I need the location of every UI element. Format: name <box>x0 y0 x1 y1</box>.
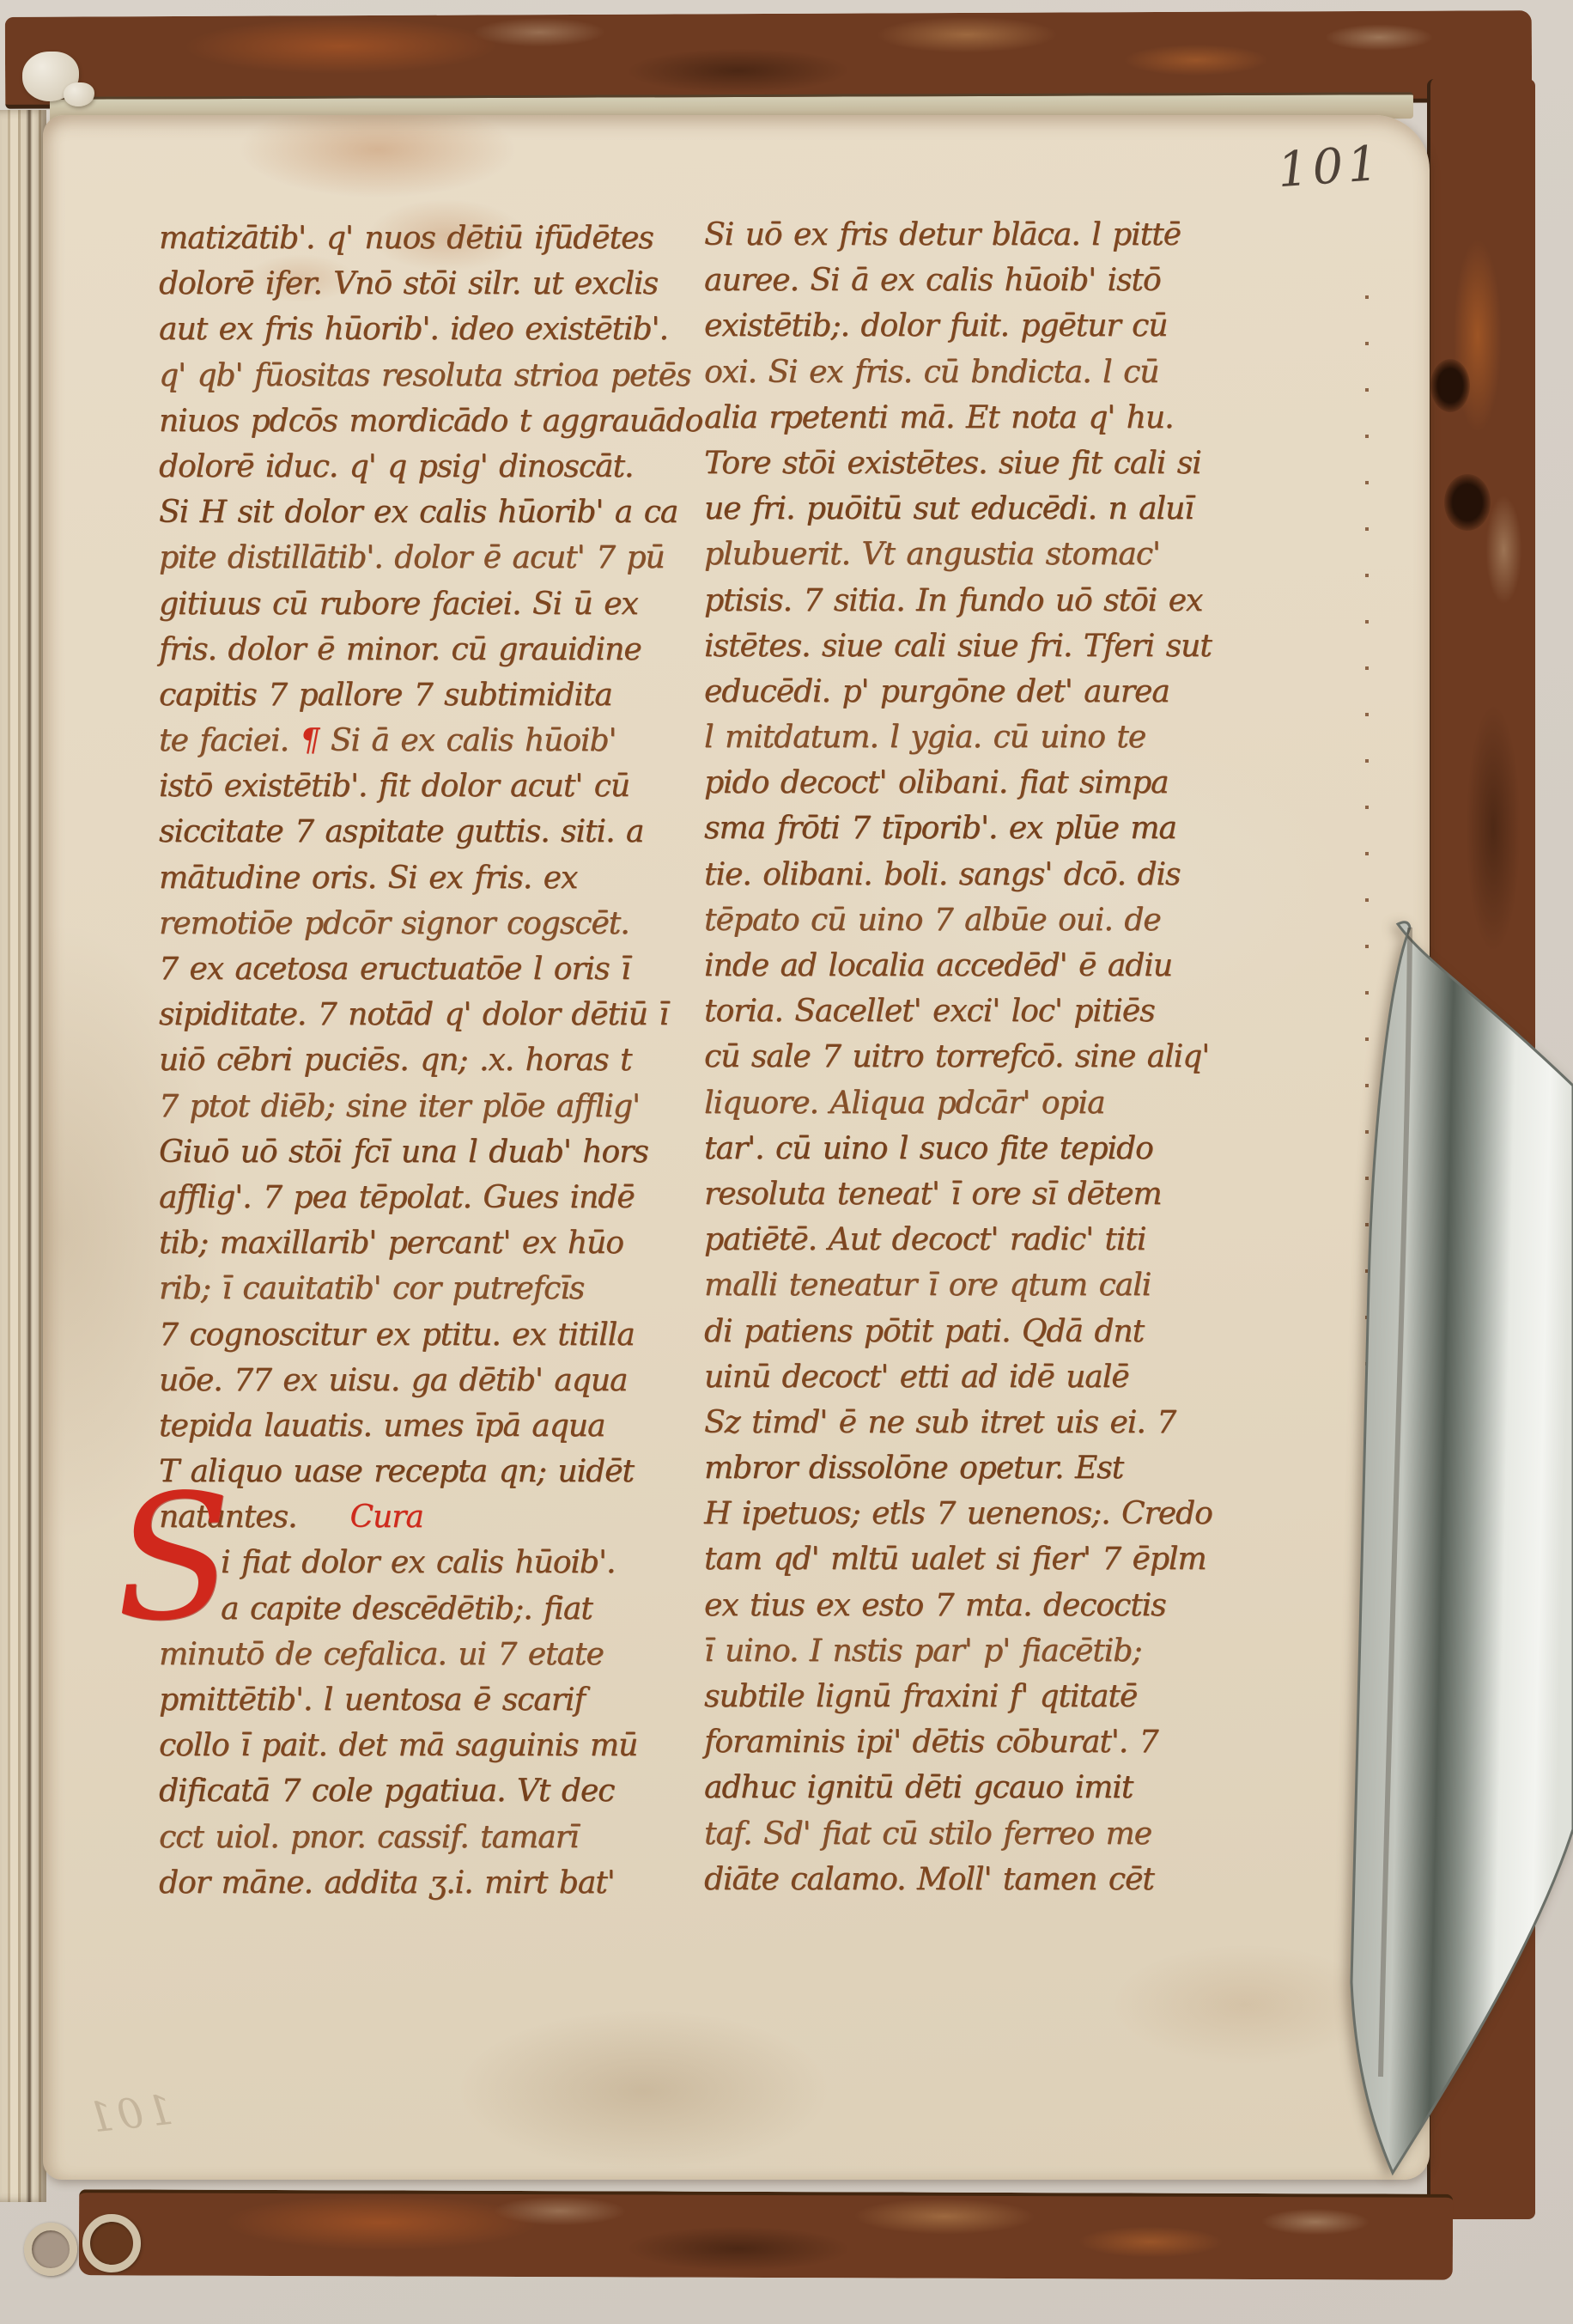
manuscript-line: i fiat dolor ex calis hūoib'. <box>159 1540 713 1585</box>
manuscript-line: tam qd' mltū ualet si fier' 7 ēplm <box>704 1536 1258 1582</box>
manuscript-line: Sz timd' ē ne sub itret uis ei. 7 <box>704 1400 1258 1445</box>
manuscript-line: dolorē iduc. q' q psig' dinoscāt. <box>159 444 713 490</box>
ink-text: ptisis. 7 sitia. In fundo uō stōi ex <box>704 583 1202 618</box>
photo-of-manuscript: { "document": { "description": "Photogra… <box>0 0 1573 2324</box>
ink-text: Si ā ex calis hūoib' <box>331 723 616 758</box>
manuscript-line: 7 cognoscitur ex ptitu. ex titilla <box>159 1312 713 1358</box>
manuscript-line: taf. Sd' fiat cū stilo ferreo me <box>704 1811 1258 1857</box>
manuscript-line: minutō de cefalica. ui 7 etate <box>159 1632 713 1677</box>
ink-text: cct uiol. pnor. cassif. tamarī <box>159 1820 578 1855</box>
ink-text: aut ex fris hūorib'. ideo existētib'. <box>159 312 668 347</box>
ink-text: pite distillātib'. dolor ē acut' 7 pū <box>159 540 665 575</box>
ink-text: malli teneatur ī ore qtum cali <box>704 1268 1151 1303</box>
manuscript-line: fris. dolor ē minor. cū grauidine <box>159 627 713 672</box>
manuscript-line: liquore. Aliqua pdcār' opia <box>704 1080 1258 1126</box>
ink-text: te faciei. <box>159 723 300 758</box>
ink-text: uiō cēbri puciēs. qn; .x. horas t <box>159 1043 631 1078</box>
ink-text: gitiuus cū rubore faciei. Si ū ex <box>159 587 638 622</box>
binding-nail-hole <box>1444 474 1491 531</box>
ink-text: taf. Sd' fiat cū stilo ferreo me <box>704 1816 1151 1852</box>
manuscript-line: H ipetuos; etls 7 uenenos;. Credo <box>704 1491 1258 1536</box>
leather-binding-bottom <box>79 2189 1453 2280</box>
manuscript-line: uōe. 77 ex uisu. ga dētib' aqua <box>159 1358 713 1403</box>
ink-text: uōe. 77 ex uisu. ga dētib' aqua <box>159 1363 627 1398</box>
manuscript-line: 7 ptot diēb; sine iter plōe afflig' <box>159 1084 713 1129</box>
ink-text: niuos pdcōs mordicādo t aggrauādo <box>159 404 702 439</box>
manuscript-line: sipiditate. 7 notād q' dolor dētiū ī <box>159 992 713 1037</box>
manuscript-line: matizātib'. q' nuos dētiū ifūdētes <box>159 216 713 261</box>
ink-text: dolorē iduc. q' q psig' dinoscāt. <box>159 449 633 484</box>
manuscript-line: patiētē. Aut decoct' radic' titi <box>704 1217 1258 1262</box>
manuscript-line: ptisis. 7 sitia. In fundo uō stōi ex <box>704 578 1258 624</box>
manuscript-line: auree. Si ā ex calis hūoib' istō <box>704 258 1258 303</box>
ghost-page-number: 101 <box>82 2086 175 2144</box>
manuscript-line: uiō cēbri puciēs. qn; .x. horas t <box>159 1037 713 1083</box>
ink-text: di patiens pōtit pati. Qdā dnt <box>704 1314 1144 1349</box>
ink-text: collo ī pait. det mā saguinis mū <box>159 1728 637 1763</box>
rubric-text: Cura <box>349 1500 422 1535</box>
ink-text: mātudine oris. Si ex fris. ex <box>159 861 577 896</box>
manuscript-line: a capite descēdētib;. fiat <box>159 1586 713 1632</box>
manuscript-line: inde ad localia accedēd' ē adiu <box>704 943 1258 989</box>
ink-text: ue fri. puōitū sut educēdi. n aluī <box>704 491 1193 526</box>
ink-text: rib; ī cauitatib' cor putrefcīs <box>159 1271 584 1306</box>
manuscript-line: rib; ī cauitatib' cor putrefcīs <box>159 1266 713 1311</box>
ink-text: q' qb' fūositas resoluta strioa petēs <box>159 358 690 393</box>
manuscript-line: mbror dissolōne opetur. Est <box>704 1445 1258 1491</box>
ink-text: afflig'. 7 pea tēpolat. Gues indē <box>159 1180 635 1215</box>
manuscript-line: T aliquo uase recepta qn; uidēt <box>159 1449 713 1494</box>
manuscript-line: dificatā 7 cole pgatiua. Vt dec <box>159 1768 713 1814</box>
ink-text: sipiditate. 7 notād q' dolor dētiū ī <box>159 997 668 1032</box>
manuscript-line: afflig'. 7 pea tēpolat. Gues indē <box>159 1175 713 1220</box>
book-leaf-edges <box>0 110 46 2202</box>
page-number: 101 <box>1276 136 1384 198</box>
ink-text: oxi. Si ex fris. cū bndicta. l cū <box>704 355 1158 390</box>
manuscript-line: siccitate 7 aspitate guttis. siti. a <box>159 809 713 855</box>
manuscript-line: uinū decoct' etti ad idē ualē <box>704 1354 1258 1400</box>
ink-text: uinū decoct' etti ad idē ualē <box>704 1360 1129 1395</box>
ink-text: 7 cognoscitur ex ptitu. ex titilla <box>159 1317 635 1353</box>
ink-text: Si uō ex fris detur blāca. l pittē <box>704 217 1181 252</box>
ink-text: pmittētib'. l uentosa ē scarif <box>159 1682 585 1718</box>
manuscript-line: adhuc ignitū dēti gcauo imit <box>704 1765 1258 1810</box>
manuscript-line: diāte calamo. Moll' tamen cēt <box>704 1857 1258 1902</box>
ink-text: istētes. siue cali siue fri. Tferi sut <box>704 629 1212 664</box>
ink-text: plubuerit. Vt angustia stomac' <box>704 537 1160 572</box>
ink-text: i fiat dolor ex calis hūoib'. <box>221 1545 615 1580</box>
ink-text: cū sale 7 uitro torrefcō. sine aliq' <box>704 1039 1209 1074</box>
manuscript-line: tie. olibani. boli. sangs' dcō. dis <box>704 852 1258 897</box>
ink-text: 7 ex acetosa eructuatōe l oris ī <box>159 952 630 987</box>
manuscript-line: pido decoct' olibani. fiat simpa <box>704 760 1258 806</box>
ink-text: Sz timd' ē ne sub itret uis ei. 7 <box>704 1405 1175 1440</box>
ink-text: l mitdatum. l ygia. cū uino te <box>704 720 1145 755</box>
manuscript-line: tēpato cū uino 7 albūe oui. de <box>704 897 1258 943</box>
binding-coil-ring <box>24 2223 77 2276</box>
ink-text: tie. olibani. boli. sangs' dcō. dis <box>704 857 1180 892</box>
ink-text: H ipetuos; etls 7 uenenos;. Credo <box>704 1496 1212 1531</box>
manuscript-line: Tore stōi existētes. siue fit cali si <box>704 441 1258 486</box>
manuscript-line: mātudine oris. Si ex fris. ex <box>159 855 713 901</box>
ink-text: subtile lignū fraxini f' qtitatē <box>704 1679 1137 1714</box>
binding-coil-ring <box>82 2214 141 2272</box>
ink-text: dificatā 7 cole pgatiua. Vt dec <box>159 1773 614 1809</box>
ink-text: 7 ptot diēb; sine iter plōe afflig' <box>159 1089 640 1124</box>
ink-text: tib; maxillarib' percant' ex hūo <box>159 1226 623 1261</box>
manuscript-line: dolorē ifer. Vnō stōi silr. ut exclis <box>159 261 713 307</box>
manuscript-line: istētes. siue cali siue fri. Tferi sut <box>704 624 1258 669</box>
leaf-edge-crevice <box>26 110 33 2202</box>
manuscript-line: l mitdatum. l ygia. cū uino te <box>704 715 1258 760</box>
manuscript-line: tar'. cū uino l suco fite tepido <box>704 1126 1258 1171</box>
manuscript-line: educēdi. p' purgōne det' aurea <box>704 669 1258 715</box>
ink-text: istō existētib'. fit dolor acut' cū <box>159 769 629 804</box>
manuscript-line: ue fri. puōitū sut educēdi. n aluī <box>704 486 1258 532</box>
ink-text: pido decoct' olibani. fiat simpa <box>704 765 1169 800</box>
ink-text: inde ad localia accedēd' ē adiu <box>704 948 1172 983</box>
manuscript-line: foraminis ipi' dētis cōburat'. 7 <box>704 1719 1258 1765</box>
ink-text: Si H sit dolor ex calis hūorib' a ca <box>159 495 677 530</box>
binding-nail-hole <box>1430 359 1470 412</box>
ink-text: foraminis ipi' dētis cōburat'. 7 <box>704 1725 1158 1760</box>
ink-text: remotiōe pdcōr signor cogscēt. <box>159 906 629 941</box>
ink-text: toria. Sacellet' exci' loc' pitiēs <box>704 994 1155 1029</box>
ink-text: patiētē. Aut decoct' radic' titi <box>704 1222 1145 1257</box>
ink-text: resoluta teneat' ī ore sī dētem <box>704 1177 1162 1212</box>
manuscript-line: gitiuus cū rubore faciei. Si ū ex <box>159 581 713 627</box>
ink-text: Tore stōi existētes. siue fit cali si <box>704 446 1201 481</box>
manuscript-line: toria. Sacellet' exci' loc' pitiēs <box>704 989 1258 1034</box>
ink-text: fris. dolor ē minor. cū grauidine <box>159 632 641 667</box>
manuscript-line: ex tius ex esto 7 mta. decoctis <box>704 1583 1258 1628</box>
manuscript-line: dor māne. addita ʒ.i. mirt bat' <box>159 1860 713 1906</box>
ink-text: ex tius ex esto 7 mta. decoctis <box>704 1588 1166 1623</box>
ink-text: liquore. Aliqua pdcār' opia <box>704 1086 1104 1121</box>
manuscript-line: existētib;. dolor fuit. pgētur cū <box>704 303 1258 349</box>
manuscript-line: istō existētib'. fit dolor acut' cū <box>159 764 713 809</box>
parchment-page: 101 101 matizātib'. q' nuos dētiū ifūdēt… <box>43 115 1430 2180</box>
metal-clasp <box>1279 917 1573 2207</box>
manuscript-line: pmittētib'. l uentosa ē scarif <box>159 1677 713 1723</box>
illuminated-initial: S <box>112 1484 235 1634</box>
ink-text: diāte calamo. Moll' tamen cēt <box>704 1862 1154 1897</box>
manuscript-line: cū sale 7 uitro torrefcō. sine aliq' <box>704 1034 1258 1080</box>
text-column-right: Si uō ex fris detur blāca. l pittēauree.… <box>704 212 1258 1902</box>
manuscript-line: natantes.Cura <box>159 1494 713 1540</box>
manuscript-line: tib; maxillarib' percant' ex hūo <box>159 1220 713 1266</box>
ink-text: matizātib'. q' nuos dētiū ifūdētes <box>159 221 653 256</box>
manuscript-line: ī uino. I nstis par' p' fiacētib; <box>704 1628 1258 1674</box>
ink-text: dor māne. addita ʒ.i. mirt bat' <box>159 1865 615 1901</box>
ink-text: ī uino. I nstis par' p' fiacētib; <box>704 1633 1141 1669</box>
manuscript-line: alia rpetenti mā. Et nota q' hu. <box>704 395 1258 441</box>
manuscript-line: malli teneatur ī ore qtum cali <box>704 1262 1258 1308</box>
manuscript-line: sma frōti 7 tīporib'. ex plūe ma <box>704 806 1258 851</box>
manuscript-line: 7 ex acetosa eructuatōe l oris ī <box>159 946 713 992</box>
ink-text: alia rpetenti mā. Et nota q' hu. <box>704 400 1173 435</box>
manuscript-line: cct uiol. pnor. cassif. tamarī <box>159 1815 713 1860</box>
manuscript-line: oxi. Si ex fris. cū bndicta. l cū <box>704 350 1258 395</box>
manuscript-line: niuos pdcōs mordicādo t aggrauādo <box>159 398 713 444</box>
manuscript-line: pite distillātib'. dolor ē acut' 7 pū <box>159 535 713 581</box>
ink-text: adhuc ignitū dēti gcauo imit <box>704 1770 1133 1805</box>
manuscript-line: plubuerit. Vt angustia stomac' <box>704 532 1258 577</box>
ink-text: dolorē ifer. Vnō stōi silr. ut exclis <box>159 266 658 301</box>
ink-text: tar'. cū uino l suco fite tepido <box>704 1131 1153 1166</box>
ink-text: tam qd' mltū ualet si fier' 7 ēplm <box>704 1542 1206 1577</box>
manuscript-line: tepida lauatis. umes īpā aqua <box>159 1403 713 1449</box>
ink-text: capitis 7 pallore 7 subtimidita <box>159 678 612 713</box>
ink-text: tēpato cū uino 7 albūe oui. de <box>704 903 1161 938</box>
ink-text: Giuō uō stōi fcī una l duab' hors <box>159 1135 648 1170</box>
manuscript-line: resoluta teneat' ī ore sī dētem <box>704 1171 1258 1217</box>
ink-text: siccitate 7 aspitate guttis. siti. a <box>159 814 643 849</box>
manuscript-line: Si H sit dolor ex calis hūorib' a ca <box>159 490 713 535</box>
manuscript-line: capitis 7 pallore 7 subtimidita <box>159 672 713 718</box>
ink-text: a capite descēdētib;. fiat <box>221 1591 592 1627</box>
manuscript-line: remotiōe pdcōr signor cogscēt. <box>159 901 713 946</box>
ink-text: sma frōti 7 tīporib'. ex plūe ma <box>704 811 1176 846</box>
ink-text: existētib;. dolor fuit. pgētur cū <box>704 308 1167 344</box>
manuscript-line: collo ī pait. det mā saguinis mū <box>159 1723 713 1768</box>
ink-text: tepida lauatis. umes īpā aqua <box>159 1408 604 1444</box>
manuscript-line: q' qb' fūositas resoluta strioa petēs <box>159 353 713 398</box>
manuscript-line: Giuō uō stōi fcī una l duab' hors <box>159 1129 713 1175</box>
ink-text: auree. Si ā ex calis hūoib' istō <box>704 263 1161 298</box>
manuscript-line: aut ex fris hūorib'. ideo existētib'. <box>159 307 713 352</box>
text-column-left: matizātib'. q' nuos dētiū ifūdētesdolorē… <box>159 216 713 1906</box>
manuscript-line: Si uō ex fris detur blāca. l pittē <box>704 212 1258 258</box>
ink-text: educēdi. p' purgōne det' aurea <box>704 674 1169 709</box>
rubric-text: ¶ <box>300 723 330 758</box>
manuscript-line: di patiens pōtit pati. Qdā dnt <box>704 1309 1258 1354</box>
manuscript-line: te faciei. ¶ Si ā ex calis hūoib' <box>159 718 713 764</box>
ink-text: mbror dissolōne opetur. Est <box>704 1451 1123 1486</box>
manuscript-line: subtile lignū fraxini f' qtitatē <box>704 1674 1258 1719</box>
